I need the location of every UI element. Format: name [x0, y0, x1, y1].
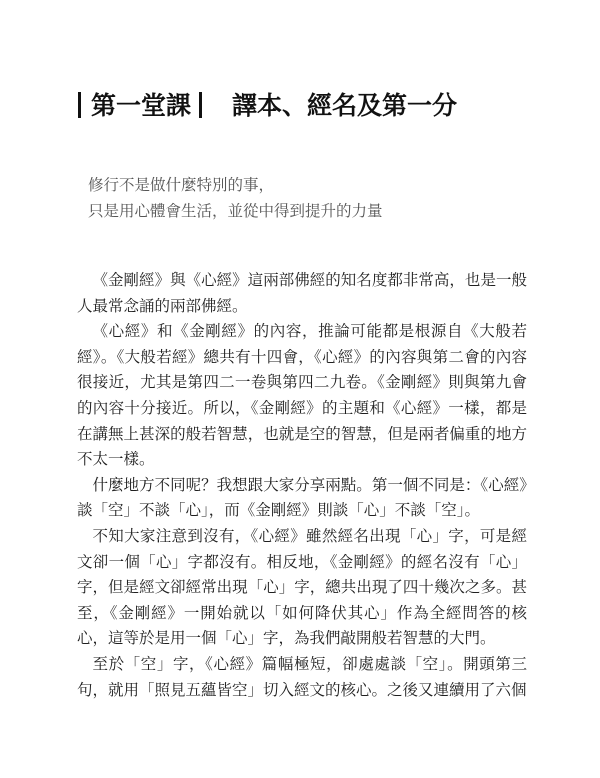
paragraph: 什麼地方不同呢？我想跟大家分享兩點。第一個不同是：《心經》談「空」不談「心」，而…	[77, 473, 527, 524]
lesson-label: 第一堂課	[91, 91, 191, 120]
epigraph-line: 只是用心體會生活，並從中得到提升的力量	[88, 198, 383, 224]
chapter-title: 第一堂課譯本、經名及第一分	[78, 86, 457, 122]
title-bar-left	[78, 92, 81, 118]
paragraph: 至於「空」字，《心經》篇幅極短，卻處處談「空」。開頭第三句，就用「照見五蘊皆空」…	[77, 652, 527, 703]
chapter-topic: 譯本、經名及第一分	[232, 91, 457, 120]
title-bar-right	[199, 92, 202, 118]
epigraph-line: 修行不是做什麼特別的事，	[88, 172, 383, 198]
paragraph: 不知大家注意到沒有，《心經》雖然經名出現「心」字，可是經文卻一個「心」字都沒有。…	[77, 524, 527, 652]
body-text: 《金剛經》與《心經》這兩部佛經的知名度都非常高，也是一般人最常念誦的兩部佛經。 …	[77, 268, 527, 703]
paragraph: 《心經》和《金剛經》的內容，推論可能都是根源自《大般若經》。《大般若經》總共有十…	[77, 319, 527, 473]
epigraph: 修行不是做什麼特別的事， 只是用心體會生活，並從中得到提升的力量	[88, 172, 383, 224]
paragraph: 《金剛經》與《心經》這兩部佛經的知名度都非常高，也是一般人最常念誦的兩部佛經。	[77, 268, 527, 319]
